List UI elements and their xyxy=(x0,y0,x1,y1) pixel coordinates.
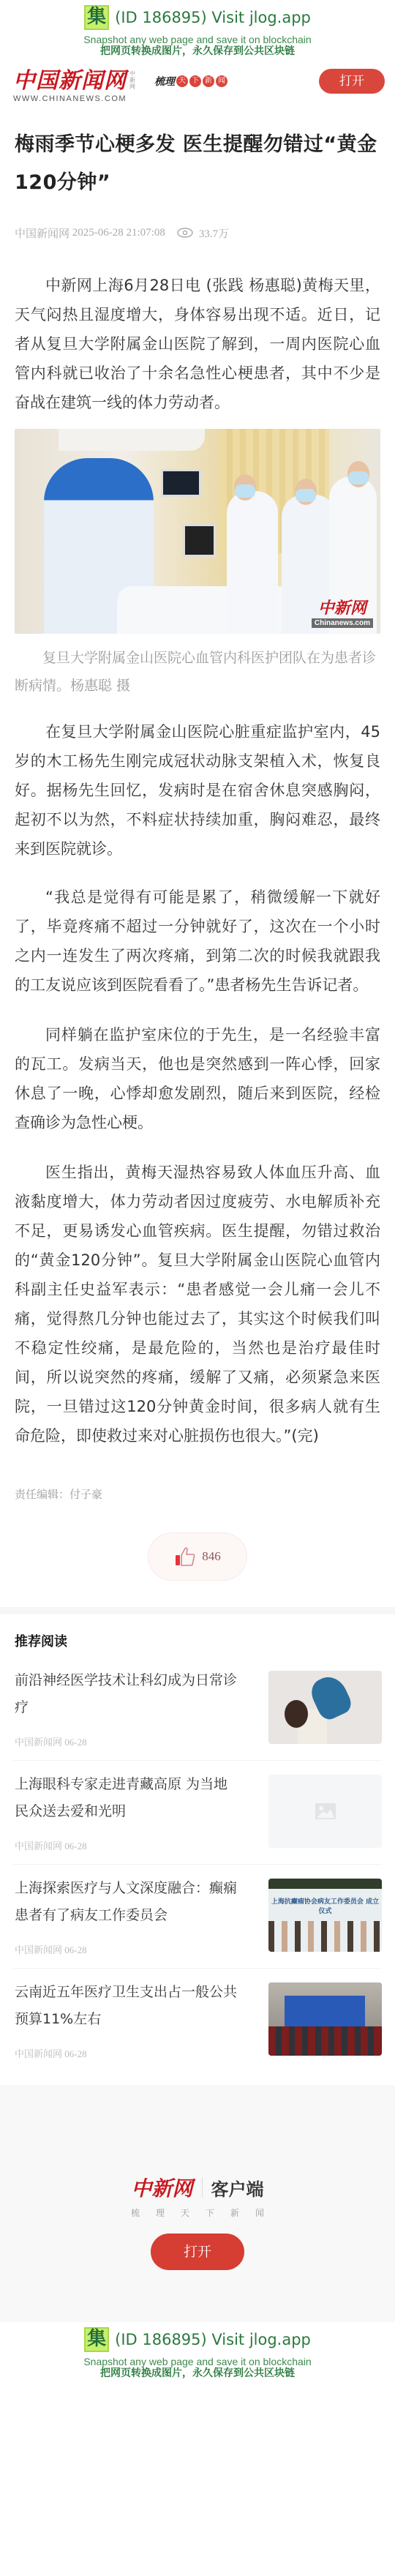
like-button[interactable]: 846 xyxy=(148,1532,247,1581)
item-thumbnail[interactable] xyxy=(268,1671,382,1744)
article: 梅雨季节心梗多发 医生提醒勿错过“黄金120分钟” 中国新闻网 2025-06-… xyxy=(0,126,395,1581)
responsible-editor: 责任编辑：付子豪 xyxy=(15,1487,380,1502)
promo-slogan: 梳理天下新闻 xyxy=(0,2206,395,2219)
photo-watermark: 中新网 Chinanews.com xyxy=(312,596,373,628)
item-thumbnail[interactable]: 上海抗癫痫协会病友工作委员会 成立仪式 xyxy=(268,1879,382,1952)
article-source: 中国新闻网 xyxy=(15,225,69,241)
jlog-subtitle-en: Snapshot any web page and save it on blo… xyxy=(0,2356,395,2367)
item-meta: 中国新闻网 06-28 xyxy=(15,2046,240,2060)
article-meta: 中国新闻网 2025-06-28 21:07:08 33.7万 xyxy=(15,224,380,241)
jlog-id-link[interactable]: (ID 186895) Visit jlog.app xyxy=(115,9,311,26)
article-paragraph: 医生指出，黄梅天湿热容易致人体血压升高、血液黏度增大，体力劳动者因过度疲劳、水电… xyxy=(15,1158,380,1450)
slogan-hand-text: 梳理 xyxy=(154,74,175,89)
chinanews-logo[interactable]: 中国新闻网 中新网 WWW.CHINANEWS.COM xyxy=(13,69,137,103)
jlog-id-link[interactable]: (ID 186895) Visit jlog.app xyxy=(115,2331,311,2348)
jlog-badge-icon: 集 xyxy=(84,5,109,30)
section-divider xyxy=(0,1607,395,1614)
jlog-banner-bottom: 集 (ID 186895) Visit jlog.app Snapshot an… xyxy=(0,2322,395,2382)
promo-brand-logo: 中新网 xyxy=(131,2173,192,2202)
logo-en-text: WWW.CHINANEWS.COM xyxy=(13,94,137,103)
image-placeholder-icon xyxy=(315,1802,336,1820)
item-title[interactable]: 前沿神经医学技术让科幻成为日常诊疗 xyxy=(15,1667,240,1721)
promo-client-label: 客户端 xyxy=(211,2175,264,2201)
article-paragraph: “我总是觉得有可能是累了，稍微缓解一下就好了，毕竟疼痛不超过一分钟就好了，这次在… xyxy=(15,883,380,1000)
recommended-item[interactable]: 云南近五年医疗卫生支出占一般公共预算11%左右 中国新闻网 06-28 xyxy=(13,1969,382,2072)
monitor-shape xyxy=(161,469,201,497)
slogan-dot: 天 xyxy=(176,75,188,87)
item-title[interactable]: 云南近五年医疗卫生支出占一般公共预算11%左右 xyxy=(15,1979,240,2033)
item-title[interactable]: 上海探索医疗与人文深度融合：癫痫患者有了病友工作委员会 xyxy=(15,1875,240,1929)
article-datetime: 2025-06-28 21:07:08 xyxy=(72,227,165,239)
slogan-dot: 下 xyxy=(189,75,201,87)
recommended-item[interactable]: 前沿神经医学技术让科幻成为日常诊疗 中国新闻网 06-28 xyxy=(13,1657,382,1761)
slogan-dot: 新 xyxy=(203,75,214,87)
site-header: 中国新闻网 中新网 WWW.CHINANEWS.COM 梳理 天 下 新 闻 打… xyxy=(0,60,395,111)
jlog-subtitle-cn: 把网页转换成图片，永久保存到公共区块链 xyxy=(0,45,395,58)
jlog-banner-top: 集 (ID 186895) Visit jlog.app Snapshot an… xyxy=(0,0,395,60)
eye-icon xyxy=(177,228,193,238)
article-paragraph: 在复旦大学附属金山医院心脏重症监护室内，45岁的木工杨先生刚完成冠状动脉支架植入… xyxy=(15,717,380,864)
photo-caption: 复旦大学附属金山医院心血管内科医护团队在为患者诊断病情。杨惠聪 摄 xyxy=(15,644,380,700)
article-paragraph: 同样躺在监护室床位的于先生，是一名经验丰富的瓦工。发病当天，他也是突然感到一阵心… xyxy=(15,1020,380,1137)
jlog-badge-icon: 集 xyxy=(84,2327,109,2352)
jlog-subtitle-en: Snapshot any web page and save it on blo… xyxy=(0,34,395,45)
item-meta: 中国新闻网 06-28 xyxy=(15,1942,240,1956)
jlog-subtitle-cn: 把网页转换成图片，永久保存到公共区块链 xyxy=(0,2367,395,2380)
article-title: 梅雨季节心梗多发 医生提醒勿错过“黄金120分钟” xyxy=(15,126,380,202)
item-thumbnail[interactable] xyxy=(268,1982,382,2056)
logo-vertical-text: 中新网 xyxy=(129,70,137,90)
article-paragraph: 中新网上海6月28日电 (张践 杨惠聪)黄梅天里，天气闷热且湿度增大，身体容易出… xyxy=(15,271,380,417)
promo-spacer xyxy=(0,2281,395,2322)
recommended-section: 推荐阅读 前沿神经医学技术让科幻成为日常诊疗 中国新闻网 06-28 上海眼科专… xyxy=(0,1628,395,2072)
brand-separator xyxy=(202,2177,203,2198)
recommended-item[interactable]: 上海探索医疗与人文深度融合：癫痫患者有了病友工作委员会 中国新闻网 06-28 … xyxy=(13,1865,382,1969)
header-slogan: 梳理 天 下 新 闻 xyxy=(154,74,227,89)
app-promo: 中新网 客户端 梳理天下新闻 打开 xyxy=(0,2085,395,2281)
thumbs-up-icon xyxy=(174,1546,196,1567)
logo-cn-text: 中国新闻网 xyxy=(13,69,127,94)
like-count: 846 xyxy=(202,1549,221,1564)
item-thumbnail[interactable] xyxy=(268,1775,382,1848)
item-meta: 中国新闻网 06-28 xyxy=(15,1838,240,1852)
recommended-heading: 推荐阅读 xyxy=(13,1628,382,1657)
open-app-button[interactable]: 打开 xyxy=(319,69,385,94)
recommended-item[interactable]: 上海眼科专家走进青藏高原 为当地民众送去爱和光明 中国新闻网 06-28 xyxy=(13,1761,382,1865)
item-title[interactable]: 上海眼科专家走进青藏高原 为当地民众送去爱和光明 xyxy=(15,1771,240,1825)
promo-open-button[interactable]: 打开 xyxy=(151,2234,244,2270)
item-meta: 中国新闻网 06-28 xyxy=(15,1734,240,1748)
slogan-dot: 闻 xyxy=(216,75,227,87)
article-photo[interactable]: 中新网 Chinanews.com xyxy=(15,429,380,634)
view-count: 33.7万 xyxy=(199,225,229,241)
